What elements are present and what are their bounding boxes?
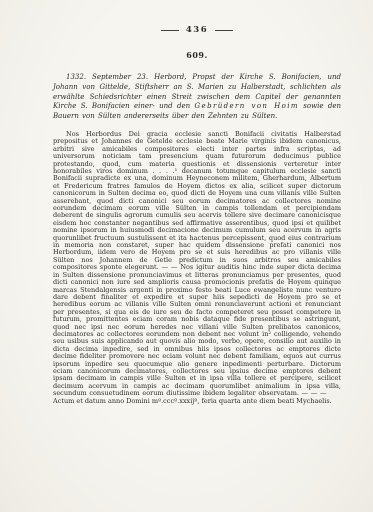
entry-body-latin: Nos Herbordus Dei gracia ecclesie sancti… — [53, 131, 341, 398]
entry-summary-german: 1332. September 23. Herbord, Propst der … — [53, 73, 341, 122]
entry-dateline: Actum et datum anno Domini mº.cccº.xxxij… — [53, 398, 341, 405]
scanned-page: 436 609. 1332. September 23. Herbord, Pr… — [0, 0, 373, 512]
page-header: 436 — [53, 26, 341, 35]
entry-number: 609. — [53, 50, 341, 60]
page-number: 436 — [186, 26, 208, 35]
header-rule-right — [215, 30, 233, 31]
summary-emphasis-gebruedern-von-hoim: Gebrüdern von Hoim — [195, 102, 299, 110]
header-rule-left — [161, 30, 179, 31]
